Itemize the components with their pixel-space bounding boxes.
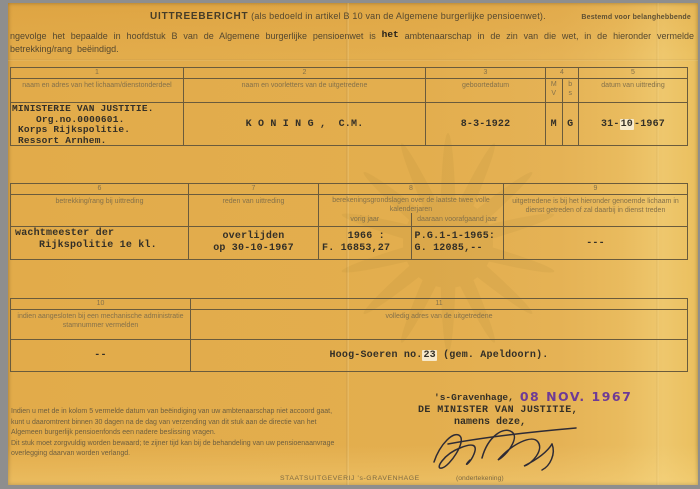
column-header: berekeningsgrondslagen over de laatste t… [319, 195, 503, 213]
horizontal-crease [8, 59, 698, 61]
subcolumn-header-mv: M V [546, 79, 562, 103]
form-title-suffix: (als bedoeld in artikel B 10 van de Alge… [251, 11, 546, 21]
subcolumn-bs: b s G [563, 79, 579, 146]
field-voorafgaand-jaar-value: P.G.1-1-1965: G. 12085,-- [412, 227, 504, 259]
subcolumn-header: vorig jaar [319, 213, 411, 227]
header-letter: V [549, 90, 559, 99]
column-number: 4 [546, 68, 578, 79]
subcolumn-header: daaraan voorafgaand jaar [412, 213, 504, 227]
value-line: wachtmeester der [15, 228, 114, 240]
column-header: uitgetredene is bij het hieronder genoem… [504, 195, 687, 227]
field-vorig-jaar-value: 1966 : F. 16853,27 [319, 227, 411, 259]
fine-print-line: Dit stuk moet zorgvuldig worden bewaard;… [11, 439, 403, 450]
column-10-stamnummer: 10 indien aangesloten bij een mechanisch… [11, 299, 191, 371]
column-number: 10 [11, 299, 190, 310]
intro-line-2: betrekking/rang beëindigd. [10, 43, 694, 56]
ondertekening-caption: (ondertekening) [456, 475, 504, 482]
value-line: overlijden [222, 231, 284, 243]
value-line: Rijkspolitie 1e kl. [15, 240, 157, 252]
field-mv-value: M [546, 103, 562, 146]
column-2-naam: 2 naam en voorletters van de uitgetreden… [184, 68, 426, 146]
header-letter: M [549, 81, 559, 90]
field-nieuw-lichaam-value: --- [504, 227, 687, 259]
field-reden-value: overlijden op 30-10-1967 [189, 227, 318, 259]
field-datum-uittreding-value: 31-10-1967 [579, 103, 687, 146]
date-stamp: 08 NOV. 1967 [520, 389, 632, 404]
value-part: 31- [601, 119, 620, 130]
column-number: 5 [579, 68, 687, 79]
column-9-nieuw-lichaam: 9 uitgetredene is bij het hieronder geno… [504, 184, 687, 259]
field-naam-value: K O N I N G , C.M. [184, 103, 425, 146]
intro-line1-post: ambtenaarschap in de zin van die wet, in… [405, 31, 694, 41]
place-and-date-line: 's-Gravenhage,08 NOV. 1967 [406, 388, 694, 403]
subcolumn-header-bs: b s [563, 79, 579, 103]
column-header: reden van uittreding [189, 195, 318, 227]
column-number: 1 [11, 68, 183, 79]
column-number: 3 [426, 68, 545, 79]
column-4-mv-bs: 4 M V M b s G [546, 68, 579, 146]
column-5-datum-uittreding: 5 datum van uittreding 31-10-1967 [579, 68, 687, 146]
scanned-document-photo: UITTREEBERICHT (als bedoeld in artikel B… [0, 0, 700, 489]
column-header: naam en adres van het lichaam/dienstonde… [11, 79, 183, 103]
corner-note: Bestemd voor belanghebbende [581, 14, 691, 21]
header-bar: UITTREEBERICHT (als bedoeld in artikel B… [8, 11, 698, 27]
corrected-value-part: 10 [620, 119, 634, 130]
table-service-data: 6 betrekking/rang bij uittreding wachtme… [10, 183, 688, 260]
subcolumn-vorig-jaar: vorig jaar 1966 : F. 16853,27 [319, 213, 412, 259]
column-6-betrekking: 6 betrekking/rang bij uittreding wachtme… [11, 184, 189, 259]
column-number: 7 [189, 184, 318, 195]
column-header: naam en voorletters van de uitgetredene [184, 79, 425, 103]
field-lichaam-value: MINISTERIE VAN JUSTITIE. Org.no.0000601.… [11, 103, 183, 146]
column-number: 8 [319, 184, 503, 195]
column-number: 9 [504, 184, 687, 195]
fine-print-notice: Indien u met de in kolom 5 vermelde datu… [11, 407, 403, 460]
subcolumn-voorafgaand-jaar: daaraan voorafgaand jaar P.G.1-1-1965: G… [412, 213, 504, 259]
typed-overlay-het: het [382, 29, 399, 40]
form-title: UITTREEBERICHT (als bedoeld in artikel B… [150, 11, 546, 22]
field-stamnummer-value: -- [11, 340, 190, 371]
value-line: Ressort Arnhem. [12, 136, 107, 147]
value-line: Korps Rijkspolitie. [12, 125, 130, 136]
value-line: P.G.1-1-1965: [415, 231, 496, 243]
field-betrekking-value: wachtmeester der Rijkspolitie 1e kl. [11, 227, 188, 259]
form-title-main: UITTREEBERICHT [150, 11, 248, 22]
field-bs-value: G [563, 103, 579, 146]
column-7-reden: 7 reden van uittreding overlijden op 30-… [189, 184, 319, 259]
value-line: G. 12085,-- [415, 243, 483, 255]
printer-imprint: STAATSUITGEVERIJ 's-GRAVENHAGE [280, 475, 420, 482]
field-adres-value: Hoog-Soeren no.23 (gem. Apeldoorn). [191, 340, 687, 371]
place-typed: 's-Gravenhage, [434, 392, 514, 403]
column-number: 6 [11, 184, 188, 195]
column-4-body: M V M b s G [546, 79, 578, 146]
subcolumn-mv: M V M [546, 79, 563, 146]
column-3-geboortedatum: 3 geboortedatum 8-3-1922 [426, 68, 546, 146]
column-header: indien aangesloten bij een mechanische a… [11, 310, 190, 340]
uittreebericht-form: UITTREEBERICHT (als bedoeld in artikel B… [8, 3, 698, 485]
signature-block: 's-Gravenhage,08 NOV. 1967 DE MINISTER V… [406, 388, 694, 428]
header-letter: s [566, 90, 576, 99]
column-header: datum van uittreding [579, 79, 687, 103]
header-letter: b [566, 81, 576, 90]
value-line: op 30-10-1967 [213, 243, 294, 255]
table-address-data: 10 indien aangesloten bij een mechanisch… [10, 298, 688, 372]
fine-print-line: kunt u daaromtrent binnen 30 dagen na de… [11, 418, 403, 429]
value-part: Hoog-Soeren no. [329, 350, 422, 361]
column-11-adres: 11 volledig adres van de uitgetredene Ho… [191, 299, 687, 371]
column-number: 2 [184, 68, 425, 79]
value-part: (gem. Apeldoorn). [437, 350, 549, 361]
intro-line-1: ngevolge het bepaalde in hoofdstuk B van… [10, 30, 694, 43]
column-header: geboortedatum [426, 79, 545, 103]
table-person-data: 1 naam en adres van het lichaam/dienston… [10, 67, 688, 146]
intro-line1-pre: ngevolge het bepaalde in hoofdstuk B van… [10, 31, 376, 41]
value-line: 1966 : [348, 231, 385, 243]
handwritten-signature [420, 414, 590, 474]
fine-print-line: overlegging daarvan worden verlangd. [11, 449, 403, 460]
column-8-body: vorig jaar 1966 : F. 16853,27 daaraan vo… [319, 213, 503, 259]
value-part: -1967 [634, 119, 665, 130]
intro-paragraph: ngevolge het bepaalde in hoofdstuk B van… [10, 30, 694, 56]
column-header: volledig adres van de uitgetredene [191, 310, 687, 340]
value-line: MINISTERIE VAN JUSTITIE. [12, 104, 154, 115]
fine-print-line: Algemeen burgerlijk pensioenfonds een na… [11, 428, 403, 439]
corrected-value-part: 23 [422, 350, 436, 361]
value-line: F. 16853,27 [322, 243, 390, 255]
column-header: betrekking/rang bij uittreding [11, 195, 188, 227]
column-number: 11 [191, 299, 687, 310]
fine-print-line: Indien u met de in kolom 5 vermelde datu… [11, 407, 403, 418]
column-1-lichaam: 1 naam en adres van het lichaam/dienston… [11, 68, 184, 146]
column-8-berekeningsgrondslagen: 8 berekeningsgrondslagen over de laatste… [319, 184, 504, 259]
field-geboortedatum-value: 8-3-1922 [426, 103, 545, 146]
